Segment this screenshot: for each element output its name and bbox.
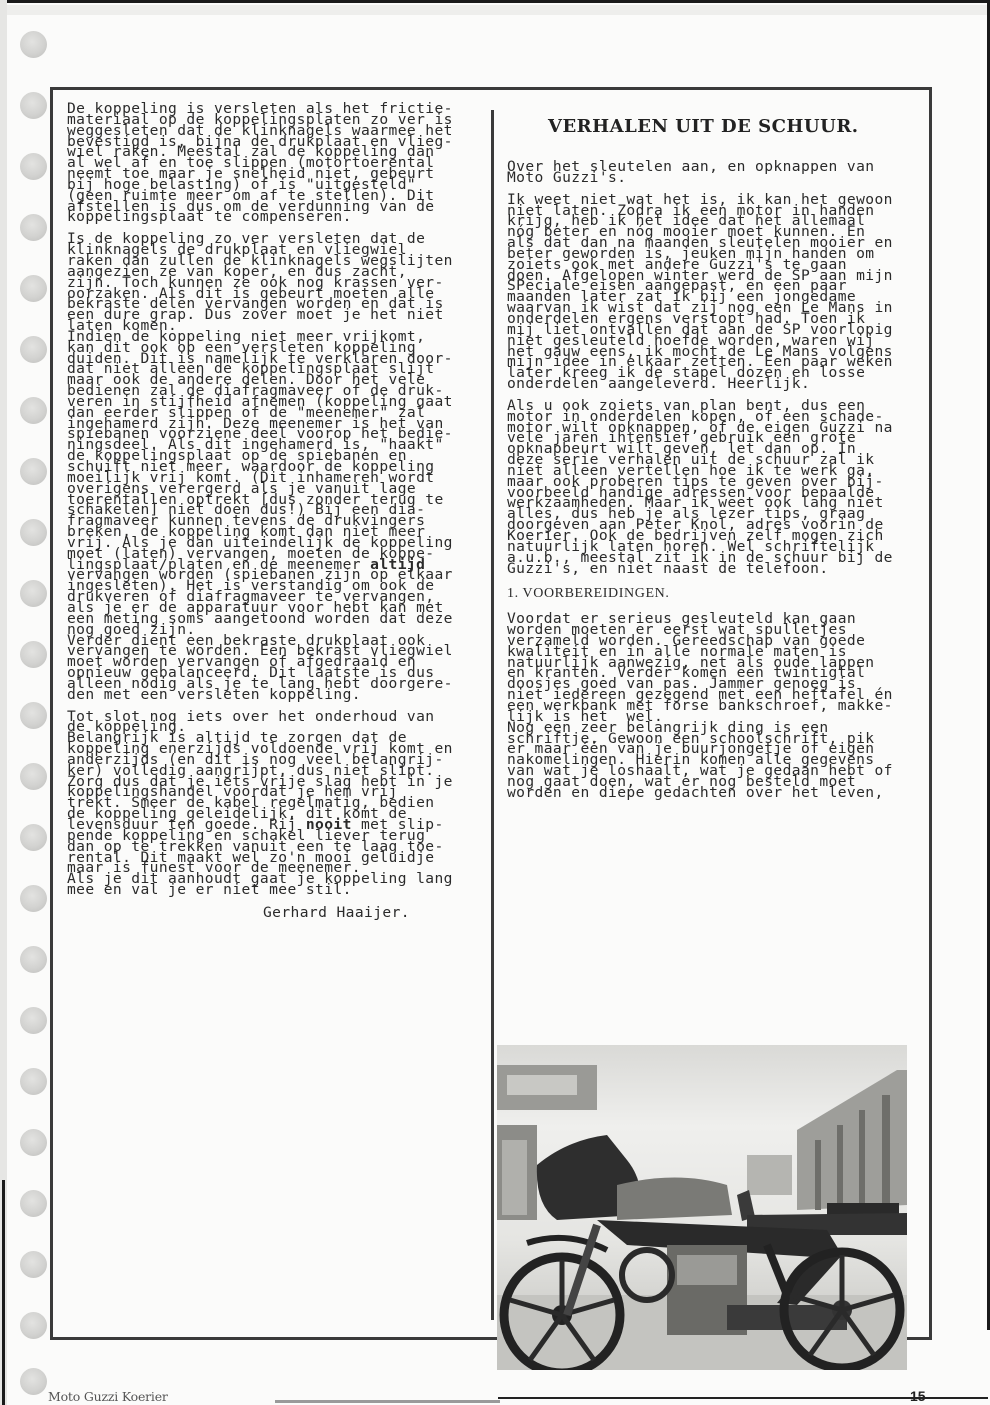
binder-hole-icon — [20, 1007, 47, 1034]
left-article: De koppeling is versleten als het fricti… — [67, 104, 479, 919]
binder-hole-icon — [20, 153, 47, 180]
page-edge — [2, 1180, 5, 1405]
binder-hole-icon — [20, 1312, 47, 1339]
paragraph: Is de koppeling zo ver versleten dat de … — [67, 234, 479, 700]
paragraph-text: met slip- pende koppeling en schakel lie… — [67, 816, 453, 898]
binder-hole-icon — [20, 1190, 47, 1217]
binder-hole-icon — [20, 824, 47, 851]
binder-hole-icon — [20, 1068, 47, 1095]
binder-hole-icon — [20, 397, 47, 424]
footer-rule — [275, 1400, 500, 1403]
paragraph-text: Is de koppeling zo ver versleten dat de … — [67, 230, 453, 572]
page-number: 15 — [910, 1388, 926, 1404]
paragraph: Tot slot nog iets over het onderhoud van… — [67, 712, 479, 896]
paragraph: Voordat er serieus gesleuteld kan gaan w… — [507, 614, 917, 798]
column-divider — [491, 110, 494, 1320]
page-edge — [0, 5, 990, 15]
right-article: Over het sleutelen aan, en opknappen van… — [507, 162, 917, 799]
binder-hole-icon — [20, 1129, 47, 1156]
section-heading: 1. VOORBEREIDINGEN. — [507, 589, 917, 600]
binder-hole-icon — [20, 1251, 47, 1278]
paragraph-text: vervangen worden (spiebanen zijn op elka… — [67, 566, 453, 702]
binder-hole-icon — [20, 885, 47, 912]
paragraph-text: Tot slot nog iets over het onderhoud van… — [67, 708, 453, 833]
binder-hole-icon — [20, 641, 47, 668]
article-subtitle: Over het sleutelen aan, en opknappen van… — [507, 162, 917, 184]
binder-hole-icon — [20, 519, 47, 546]
binder-hole-icon — [20, 214, 47, 241]
magazine-name: Moto Guzzi Koerier — [48, 1389, 168, 1404]
article-title: VERHALEN UIT DE SCHUUR. — [548, 116, 859, 137]
motorcycle-photo — [497, 1045, 907, 1370]
binder-hole-icon — [20, 763, 47, 790]
binder-hole-icon — [20, 458, 47, 485]
binder-hole-icon — [20, 31, 47, 58]
author-signature: Gerhard Haaijer. — [67, 908, 479, 919]
binder-hole-icon — [20, 336, 47, 363]
binder-hole-icon — [20, 580, 47, 607]
paragraph: De koppeling is versleten als het fricti… — [67, 104, 479, 223]
binder-hole-icon — [20, 946, 47, 973]
binder-hole-icon — [20, 1368, 47, 1395]
binder-hole-icon — [20, 702, 47, 729]
paragraph: Ik weet niet wat het is, ik kan het gewo… — [507, 195, 917, 390]
paragraph: Als u ook zoiets van plan bent, dus een … — [507, 401, 917, 575]
binder-hole-icon — [20, 275, 47, 302]
page-edge — [0, 0, 990, 3]
binder-hole-icon — [20, 92, 47, 119]
motorcycle-photo-icon — [497, 1045, 907, 1370]
